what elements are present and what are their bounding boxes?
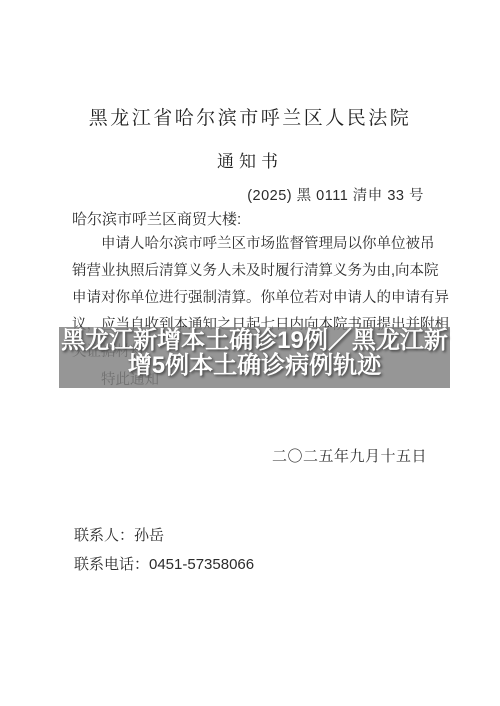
headline-line-2: 增5例本土确诊病例轨迹 (59, 353, 450, 378)
headline-overlay-banner: 黑龙江新增本土确诊19例／黑龙江新 增5例本土确诊病例轨迹 (59, 327, 450, 388)
court-name-title: 黑龙江省哈尔滨市呼兰区人民法院 (0, 103, 500, 130)
notice-document-page: 黑龙江省哈尔滨市呼兰区人民法院 通知书 (2025) 黑 0111 清申 33 … (0, 0, 500, 706)
headline-line-1: 黑龙江新增本土确诊19例／黑龙江新 (59, 328, 450, 353)
notice-title: 通知书 (0, 147, 500, 172)
paragraph-line-2: 销营业执照后清算义务人未及时履行清算义务为由,向本院 (72, 258, 430, 285)
case-number: (2025) 黑 0111 清申 33 号 (247, 184, 424, 205)
paragraph-line-3: 申请对你单位进行强制清算。你单位若对申请人的申请有异 (72, 285, 430, 312)
paragraph-line-1: 申请人哈尔滨市呼兰区市场监督管理局以你单位被吊 (72, 231, 430, 258)
contact-person-line: 联系人：孙岳 (74, 524, 164, 545)
contact-phone-line: 联系电话：0451-57358066 (74, 553, 254, 574)
document-date: 二〇二五年九月十五日 (272, 445, 427, 466)
recipient-line: 哈尔滨市呼兰区商贸大楼: (72, 208, 241, 229)
